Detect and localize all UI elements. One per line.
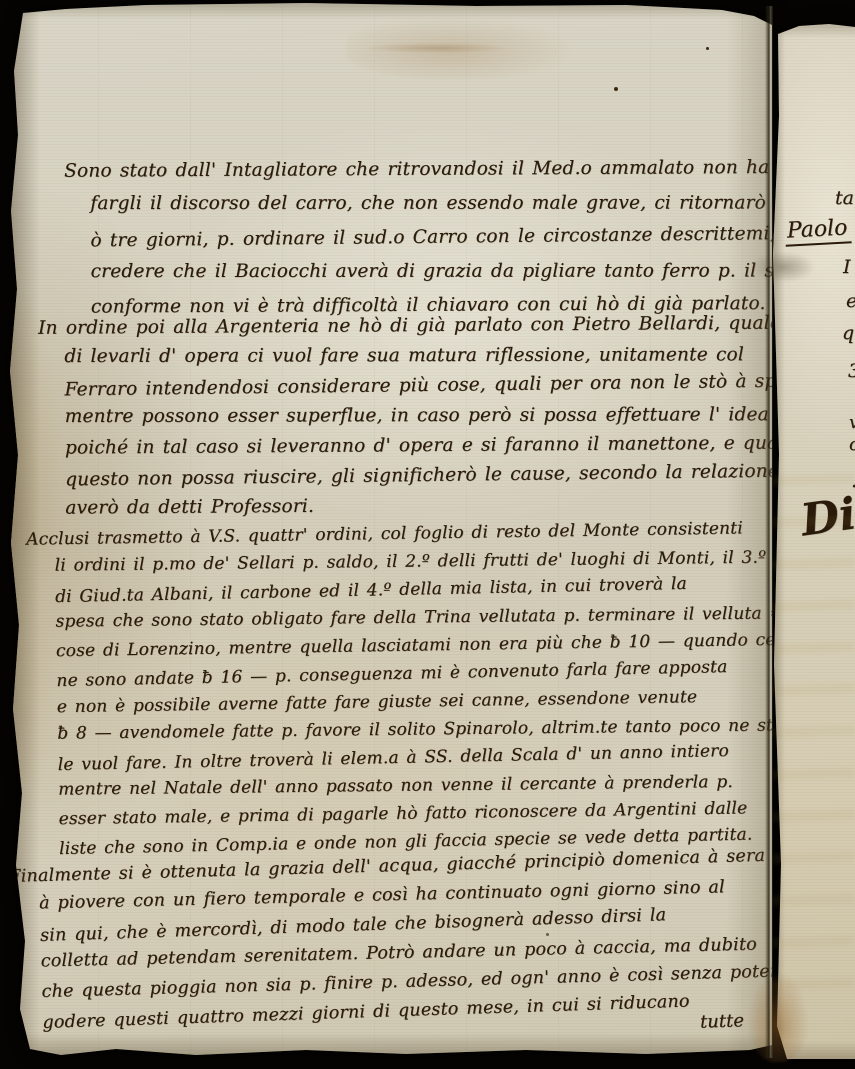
manuscript-line: fargli il discorso del carro, che non es…	[90, 186, 766, 221]
paragraph-4: Finalmente si è ottenuta la grazia dell'…	[6, 842, 771, 1037]
edge-fragment: ta	[835, 187, 854, 209]
manuscript-line: credere che il Baciocchi averà di grazia…	[91, 254, 767, 289]
edge-fragment-paolo: Paolo	[784, 215, 852, 246]
catchword: tutte	[700, 1010, 745, 1033]
manuscript-line: ò tre giorni, p. ordinare il sud.o Carro…	[90, 217, 766, 258]
edge-fragment: e	[846, 290, 855, 312]
edge-fragment: v	[849, 412, 855, 433]
manuscript-line: In ordine poi alla Argenteria ne hò di g…	[38, 309, 766, 344]
manuscript-page-right: ta Paolo I e q 3 v c . Di	[771, 24, 855, 1059]
edge-fragment-flourish: Di	[798, 488, 855, 546]
edge-fragment: I	[843, 256, 851, 278]
paragraph-2: In ordine poi alla Argenteria ne hò di g…	[6, 309, 767, 524]
edge-fragment: 3	[848, 360, 855, 382]
scanned-manuscript: Sono stato dall' Intagliatore che ritrov…	[0, 0, 855, 1069]
manuscript-line: mentre possono esser superflue, in caso …	[65, 400, 767, 432]
edge-fragment: c	[849, 434, 855, 455]
manuscript-page-left: Sono stato dall' Intagliatore che ritrov…	[6, 3, 772, 1059]
handwritten-text: Sono stato dall' Intagliatore che ritrov…	[6, 3, 772, 1059]
edge-fragment: q	[842, 322, 854, 344]
manuscript-line: Sono stato dall' Intagliatore che ritrov…	[64, 151, 766, 189]
paragraph-1: Sono stato dall' Intagliatore che ritrov…	[6, 151, 767, 325]
paragraph-3: Acclusi trasmetto à V.S. quattr' ordini,…	[6, 514, 771, 862]
fold-crease	[765, 6, 773, 1058]
bifolium: Sono stato dall' Intagliatore che ritrov…	[0, 0, 855, 1069]
